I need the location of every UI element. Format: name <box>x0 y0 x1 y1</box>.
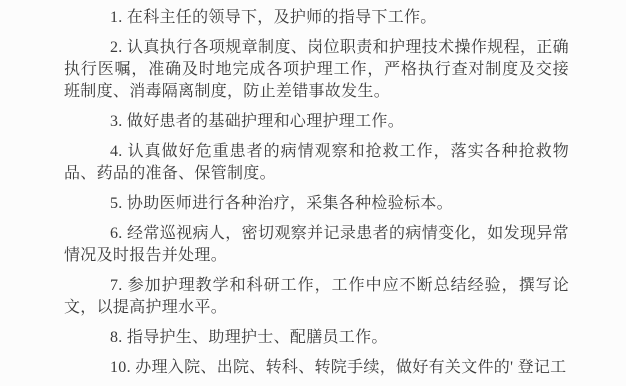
paragraph-item-1: 1. 在科主任的领导下，及护师的指导下工作。 <box>64 7 569 29</box>
paragraph-item-10: 10. 办理入院、出院、转科、转院手续，做好有关文件的' 登记工 <box>64 357 569 379</box>
paragraph-item-3: 3. 做好患者的基础护理和心理护理工作。 <box>64 111 569 133</box>
paragraph-item-2: 2. 认真执行各项规章制度、岗位职责和护理技术操作规程，正确执行医嘱，准确及时地… <box>64 37 569 103</box>
paragraph-item-4: 4. 认真做好危重患者的病情观察和抢救工作，落实各种抢救物品、药品的准备、保管制… <box>64 141 569 185</box>
document-page: 1. 在科主任的领导下，及护师的指导下工作。 2. 认真执行各项规章制度、岗位职… <box>0 0 626 386</box>
paragraph-item-5: 5. 协助医师进行各种治疗，采集各种检验标本。 <box>64 193 569 215</box>
paragraph-item-6: 6. 经常巡视病人，密切观察并记录患者的病情变化，如发现异常情况及时报告并处理。 <box>64 223 569 267</box>
paragraph-item-7: 7. 参加护理教学和科研工作，工作中应不断总结经验，撰写论文，以提高护理水平。 <box>64 275 569 319</box>
paragraph-item-8: 8. 指导护生、助理护士、配膳员工作。 <box>64 327 569 349</box>
